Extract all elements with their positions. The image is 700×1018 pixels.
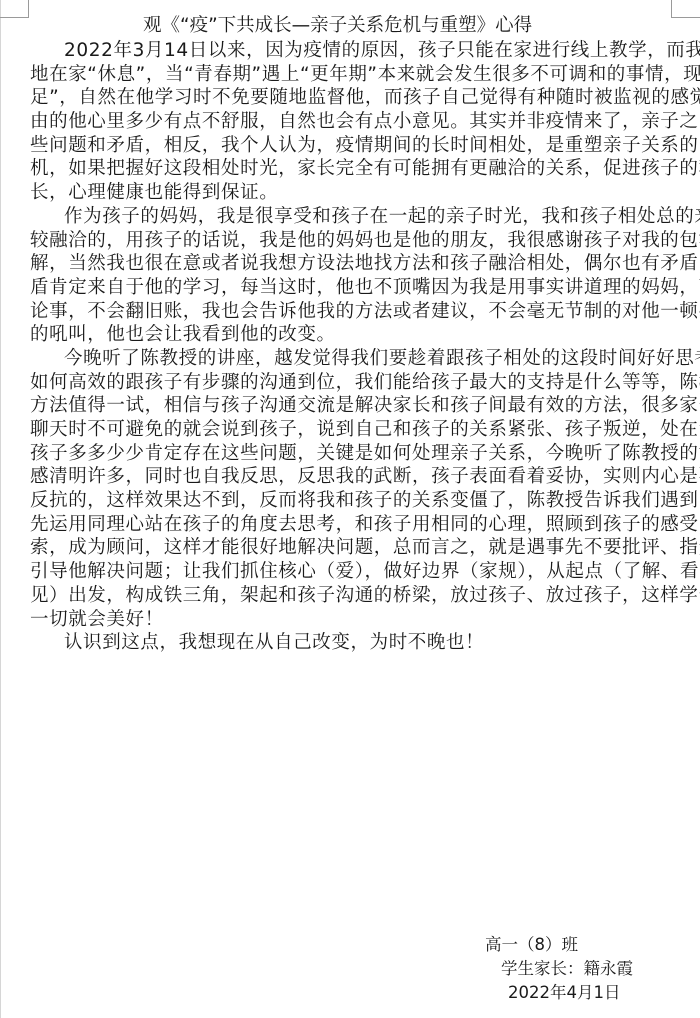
text-line: 今晚听了陈教授的讲座，越发觉得我们要趁着跟孩子相处的这段时间好好思考一下：: [30, 347, 670, 371]
signature-class: 高一（8）班: [485, 934, 578, 956]
text-line: 由的他心里多少有点不舒服，自然也会有点小意见。其实并非疫情来了，亲子之间才有这: [30, 110, 670, 134]
text-line: 些问题和矛盾，相反，我个人认为，疫情期间的长时间相处，是重塑亲子关系的良好契: [30, 134, 670, 158]
text-line: 2022年3月14日以来，因为疫情的原因，孩子只能在家进行线上教学，而我也很自然: [30, 39, 670, 63]
text-line: 解，当然我也很在意或者说我想方设法地找方法和孩子融洽相处，偶尔也有矛盾，这个矛: [30, 252, 670, 276]
text-line: 地在家“休息”，当“青春期”遇上“更年期”本来就会发生很多不可调和的事情，现在又…: [30, 63, 670, 87]
text-line: 认识到这点，我想现在从自己改变，为时不晚也！: [30, 631, 670, 655]
text-line: 孩子多多少少肯定存在这些问题，关键是如何处理亲子关系，今晚听了陈教授的话，我顿: [30, 442, 670, 466]
text-line: 引导他解决问题；让我们抓住核心（爱），做好边界（家规），从起点（了解、看见、听: [30, 560, 670, 584]
crop-mark-top-left: [0, 0, 29, 18]
text-line: 足”，自然在他学习时不免要随地监督他，而孩子自己觉得有种随时被监视的感觉，缺乏自: [30, 86, 670, 110]
text-line: 反抗的，这样效果达不到，反而将我和孩子的关系变僵了，陈教授告诉我们遇到问题，首: [30, 489, 670, 513]
text-line: 较融洽的，用孩子的话说，我是他的妈妈也是他的朋友，我很感谢孩子对我的包容、理: [30, 229, 670, 253]
page-left-edge: [0, 0, 1, 1018]
text-line: 索，成为顾问，这样才能很好地解决问题，总而言之，就是遇事先不要批评、指责，而是: [30, 536, 670, 560]
text-line: 一切就会美好！: [30, 608, 670, 632]
text-line: 聊天时不可避免的就会说到孩子，说到自己和孩子的关系紧张、孩子叛逆，处在青春期的: [30, 418, 670, 442]
document-title: 观《“疫”下共成长—亲子关系危机与重塑》心得: [143, 14, 532, 38]
text-line: 的吼叫，他也会让我看到他的改变。: [30, 323, 670, 347]
document-body: 2022年3月14日以来，因为疫情的原因，孩子只能在家进行线上教学，而我也很自然…: [30, 39, 670, 655]
text-line: 见）出发，构成铁三角，架起和孩子沟通的桥梁，放过孩子、放过孩子，这样学会放下，: [30, 584, 670, 608]
text-line: 如何高效的跟孩子有步骤的沟通到位，我们能给孩子最大的支持是什么等等，陈教授给的: [30, 371, 670, 395]
text-line: 感清明许多，同时也自我反思，反思我的武断，孩子表面看着妥协，实则内心是不理睬和: [30, 465, 670, 489]
text-line: 机，如果把握好这段相处时光，家长完全有可能拥有更融洽的关系，促进孩子的积极成: [30, 157, 670, 181]
text-line: 长，心理健康也能得到保证。: [30, 181, 670, 205]
text-line: 盾肯定来自于他的学习，每当这时，他也不顶嘴因为我是用事实讲道理的妈妈，而且就事: [30, 276, 670, 300]
text-line: 先运用同理心站在孩子的角度去思考，和孩子用相同的心理，照顾到孩子的感受，正向探: [30, 513, 670, 537]
text-line: 论事，不会翻旧账，我也会告诉他我的方法或者建议，不会毫无节制的对他一顿歇斯里地: [30, 300, 670, 324]
text-line: 作为孩子的妈妈，我是很享受和孩子在一起的亲子时光，我和孩子相处总的来说是比: [30, 205, 670, 229]
crop-mark-top-right: [671, 0, 700, 18]
signature-parent: 学生家长：籍永霞: [501, 958, 633, 980]
signature-date: 2022年4月1日: [508, 982, 621, 1004]
text-line: 方法值得一试，相信与孩子沟通交流是解决家长和孩子间最有效的方法，很多家长在一起: [30, 394, 670, 418]
